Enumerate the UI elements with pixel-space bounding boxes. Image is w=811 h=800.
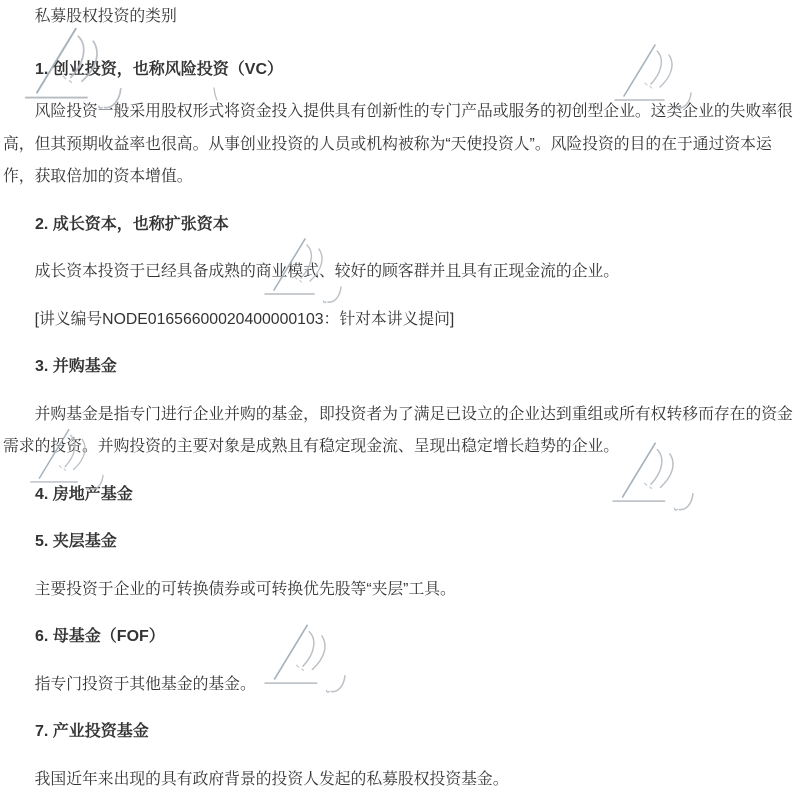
page-title: 私募股权投资的类别 <box>3 1 794 34</box>
section-heading-real-estate-fund: 4. 房地产基金 <box>3 479 794 512</box>
section-body-vc: 风险投资一般采用股权形式将资金投入提供具有创新性的专门产品或服务的初创型企业。这… <box>3 96 794 194</box>
section-heading-mezzanine-fund: 5. 夹层基金 <box>3 526 794 559</box>
section-body-mezzanine-fund: 主要投资于企业的可转换债券或可转换优先股等“夹层”工具。 <box>3 574 794 607</box>
lecture-notes-page: 私募股权投资的类别 1. 创业投资，也称风险投资（VC） 风险投资一般采用股权形… <box>0 0 811 800</box>
section-heading-fof: 6. 母基金（FOF） <box>3 621 794 654</box>
section-body-fof: 指专门投资于其他基金的基金。 <box>3 669 794 702</box>
lecture-note-link[interactable]: [讲义编号NODE01656600020400000103：针对本讲义提问] <box>3 304 794 337</box>
section-heading-buyout-fund: 3. 并购基金 <box>3 351 794 384</box>
section-body-growth-capital: 成长资本投资于已经具备成熟的商业模式、较好的顾客群并且具有正现金流的企业。 <box>3 256 794 289</box>
section-heading-industrial-fund: 7. 产业投资基金 <box>3 716 794 749</box>
section-body-buyout-fund: 并购基金是指专门进行企业并购的基金，即投资者为了满足已设立的企业达到重组或所有权… <box>3 399 794 464</box>
section-body-industrial-fund: 我国近年来出现的具有政府背景的投资人发起的私募股权投资基金。 <box>3 764 794 797</box>
section-heading-vc: 1. 创业投资，也称风险投资（VC） <box>3 54 794 87</box>
section-heading-growth-capital: 2. 成长资本，也称扩张资本 <box>3 209 794 242</box>
document-viewport: { "document": { "title": "私募股权投资的类别", "s… <box>0 0 811 800</box>
